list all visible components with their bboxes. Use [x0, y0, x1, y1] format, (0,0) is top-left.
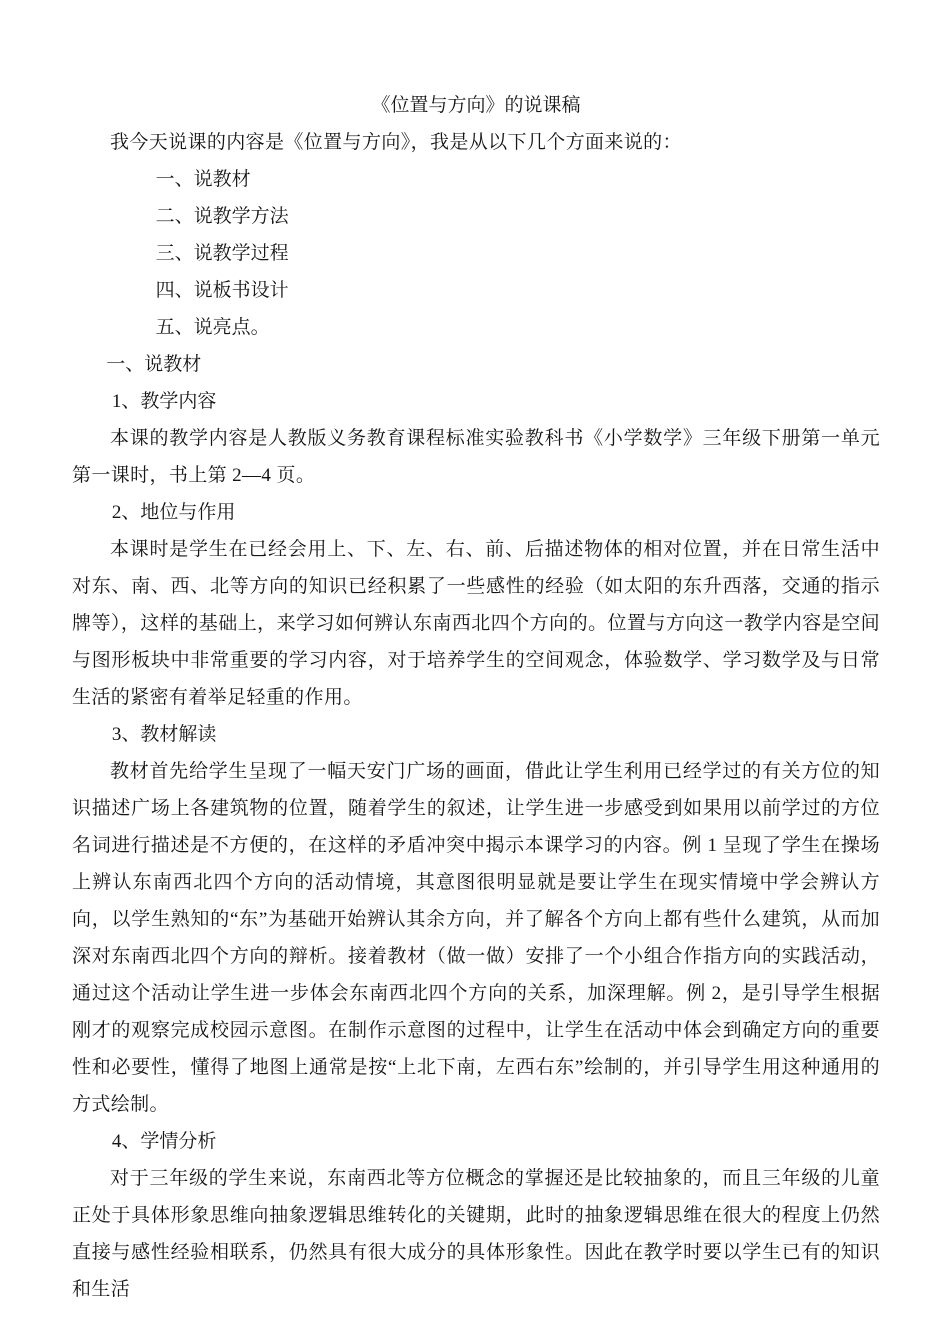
subheading-textbook-interpretation: 3、教材解读: [72, 716, 880, 753]
paragraph-teaching-content: 本课的教学内容是人教版义务教育课程标准实验教科书《小学数学》三年级下册第一单元第…: [72, 420, 880, 494]
intro-paragraph: 我今天说课的内容是《位置与方向》，我是从以下几个方面来说的：: [72, 124, 880, 161]
section-heading-teaching-material: 一、说教材: [72, 346, 880, 383]
outline-item-5: 五、说亮点。: [72, 309, 880, 346]
paragraph-learner-analysis: 对于三年级的学生来说，东南西北等方位概念的掌握还是比较抽象的，而且三年级的儿童正…: [72, 1160, 880, 1308]
document-page: 《位置与方向》的说课稿 我今天说课的内容是《位置与方向》，我是从以下几个方面来说…: [0, 0, 950, 1344]
subheading-teaching-content: 1、教学内容: [72, 383, 880, 420]
outline-item-4: 四、说板书设计: [72, 272, 880, 309]
subheading-learner-analysis: 4、学情分析: [72, 1123, 880, 1160]
outline-item-3: 三、说教学过程: [72, 235, 880, 272]
outline-item-2: 二、说教学方法: [72, 198, 880, 235]
subheading-status-and-role: 2、地位与作用: [72, 494, 880, 531]
document-title: 《位置与方向》的说课稿: [72, 87, 880, 124]
paragraph-textbook-interpretation: 教材首先给学生呈现了一幅天安门广场的画面，借此让学生利用已经学过的有关方位的知识…: [72, 753, 880, 1123]
paragraph-status-and-role: 本课时是学生在已经会用上、下、左、右、前、后描述物体的相对位置，并在日常生活中对…: [72, 531, 880, 716]
outline-item-1: 一、说教材: [72, 161, 880, 198]
